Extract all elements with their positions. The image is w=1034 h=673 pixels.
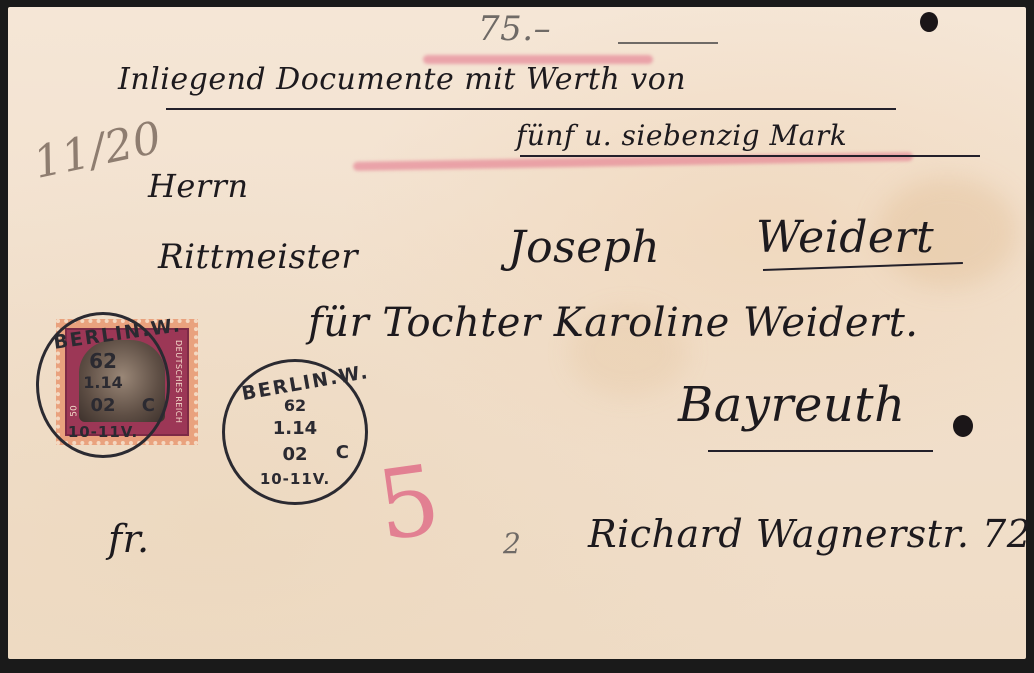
red-crayon-number: 5 xyxy=(371,443,448,562)
recipient-line2: für Tochter Karoline Weidert. xyxy=(308,300,918,346)
franco-note: fr. xyxy=(108,517,150,561)
postmark-office: 62 xyxy=(39,349,167,373)
pencil-stroke xyxy=(618,42,718,44)
postmark-cancel: BERLIN.W. 62 1.14 02 C 10-11V. xyxy=(36,312,170,458)
punch-hole xyxy=(953,415,973,437)
postmark-date: 1.14 xyxy=(225,418,365,439)
punch-hole xyxy=(920,12,938,32)
destination-city: Bayreuth xyxy=(678,377,905,433)
underline xyxy=(708,450,933,452)
recipient-first-name: Joseph xyxy=(508,222,660,273)
margin-pencil-note: 11/20 xyxy=(29,112,166,189)
postmark-letter: C xyxy=(142,395,155,416)
value-declaration-line1: Inliegend Documente mit Werth von xyxy=(118,62,686,97)
pencil-mark: 2 xyxy=(503,527,521,560)
street-address: Richard Wagnerstr. 72. xyxy=(588,512,1034,556)
postmark-time: 10-11V. xyxy=(225,470,365,488)
underline xyxy=(166,108,896,110)
underline xyxy=(520,155,980,157)
postmark-letter: C xyxy=(336,442,349,463)
value-declaration-line2: fünf u. siebenzig Mark xyxy=(516,119,847,152)
salutation: Herrn xyxy=(148,167,249,205)
recipient-title: Rittmeister xyxy=(158,237,358,277)
postmark-time: 10-11V. xyxy=(39,423,167,441)
postmark-office: 62 xyxy=(225,396,365,415)
postmark-receiving: BERLIN.W. 62 1.14 02 C 10-11V. xyxy=(222,359,368,505)
amount-pencil-note: 75.– xyxy=(478,9,551,49)
postmark-date: 1.14 xyxy=(39,373,167,392)
envelope: 75.– Inliegend Documente mit Werth von f… xyxy=(8,7,1026,659)
recipient-surname: Weidert xyxy=(756,212,934,263)
